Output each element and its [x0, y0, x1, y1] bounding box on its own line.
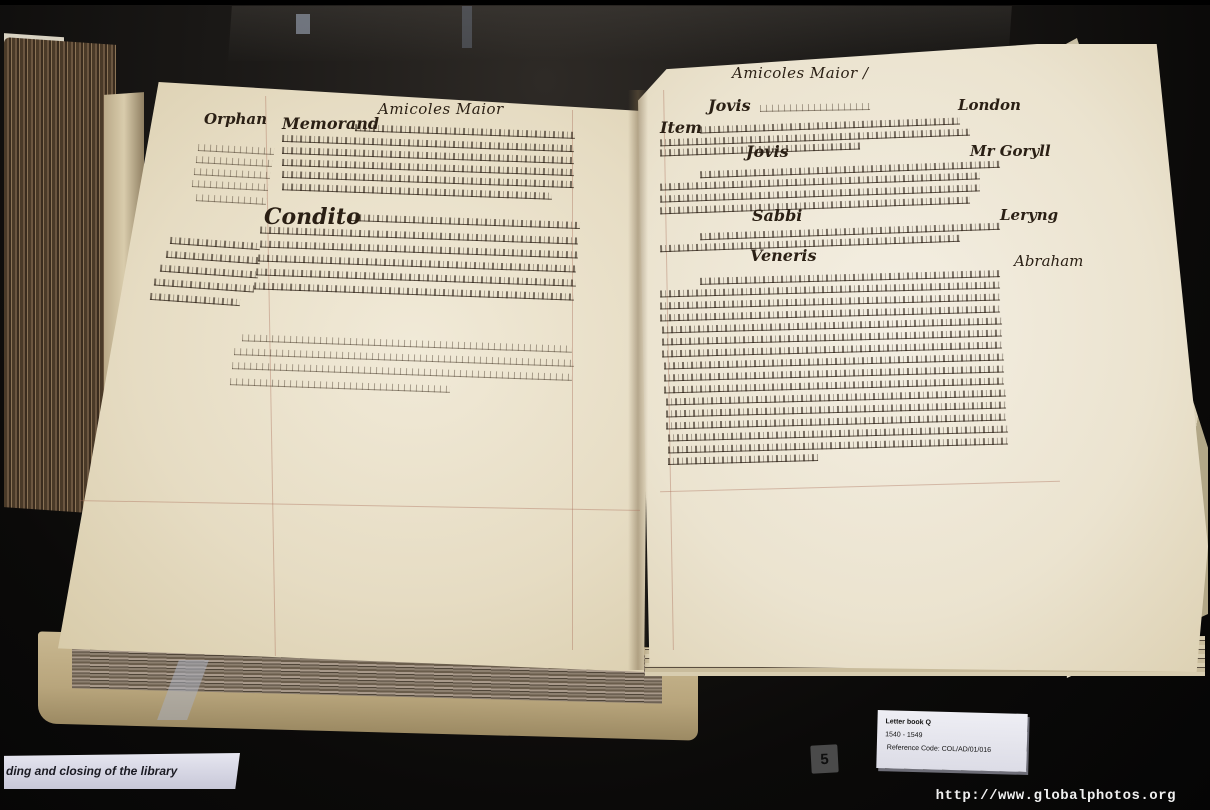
- margin-note-orphan: Orphan: [204, 110, 267, 128]
- exhibit-banner: ding and closing of the library: [4, 753, 240, 789]
- photo-scene: Amicoles Maior Orphan Memorand Condito A…: [0, 0, 1210, 810]
- exhibit-title: Letter book Q: [885, 718, 1019, 729]
- entry-heading-sabbi: Sabbi: [752, 206, 802, 225]
- exhibit-number-tag: 5: [810, 744, 838, 773]
- exhibit-dates: 1540 - 1549: [885, 731, 1019, 742]
- glass-glint: [296, 14, 310, 34]
- display-case-reflection: [228, 6, 1012, 61]
- margin-name-london: London: [958, 96, 1021, 114]
- top-border: [0, 0, 1210, 5]
- margin-name-leryng: Leryng: [1000, 206, 1058, 224]
- left-page-header: Amicoles Maior: [378, 100, 504, 118]
- banner-text: ding and closing of the library: [6, 764, 177, 778]
- margin-name-goryll: Mr Goryll: [970, 142, 1051, 160]
- margin-rule: [572, 110, 573, 650]
- right-page-header: Amicoles Maior /: [732, 64, 869, 82]
- watermark-url: http://www.globalphotos.org: [936, 788, 1176, 804]
- exhibit-label-card: Letter book Q 1540 - 1549 Reference Code…: [876, 710, 1027, 772]
- entry-heading-veneris: Veneris: [750, 246, 816, 265]
- margin-name-abraham: Abraham: [1014, 252, 1083, 270]
- item-word: Item: [660, 118, 702, 137]
- entry-heading-jovis-2: Jovis: [746, 142, 789, 161]
- glass-glint: [462, 6, 472, 48]
- exhibit-reference-code: Reference Code: COL/AD/01/016: [885, 744, 1019, 755]
- book-gutter: [628, 90, 648, 670]
- entry-heading-jovis: Jovis: [708, 96, 751, 115]
